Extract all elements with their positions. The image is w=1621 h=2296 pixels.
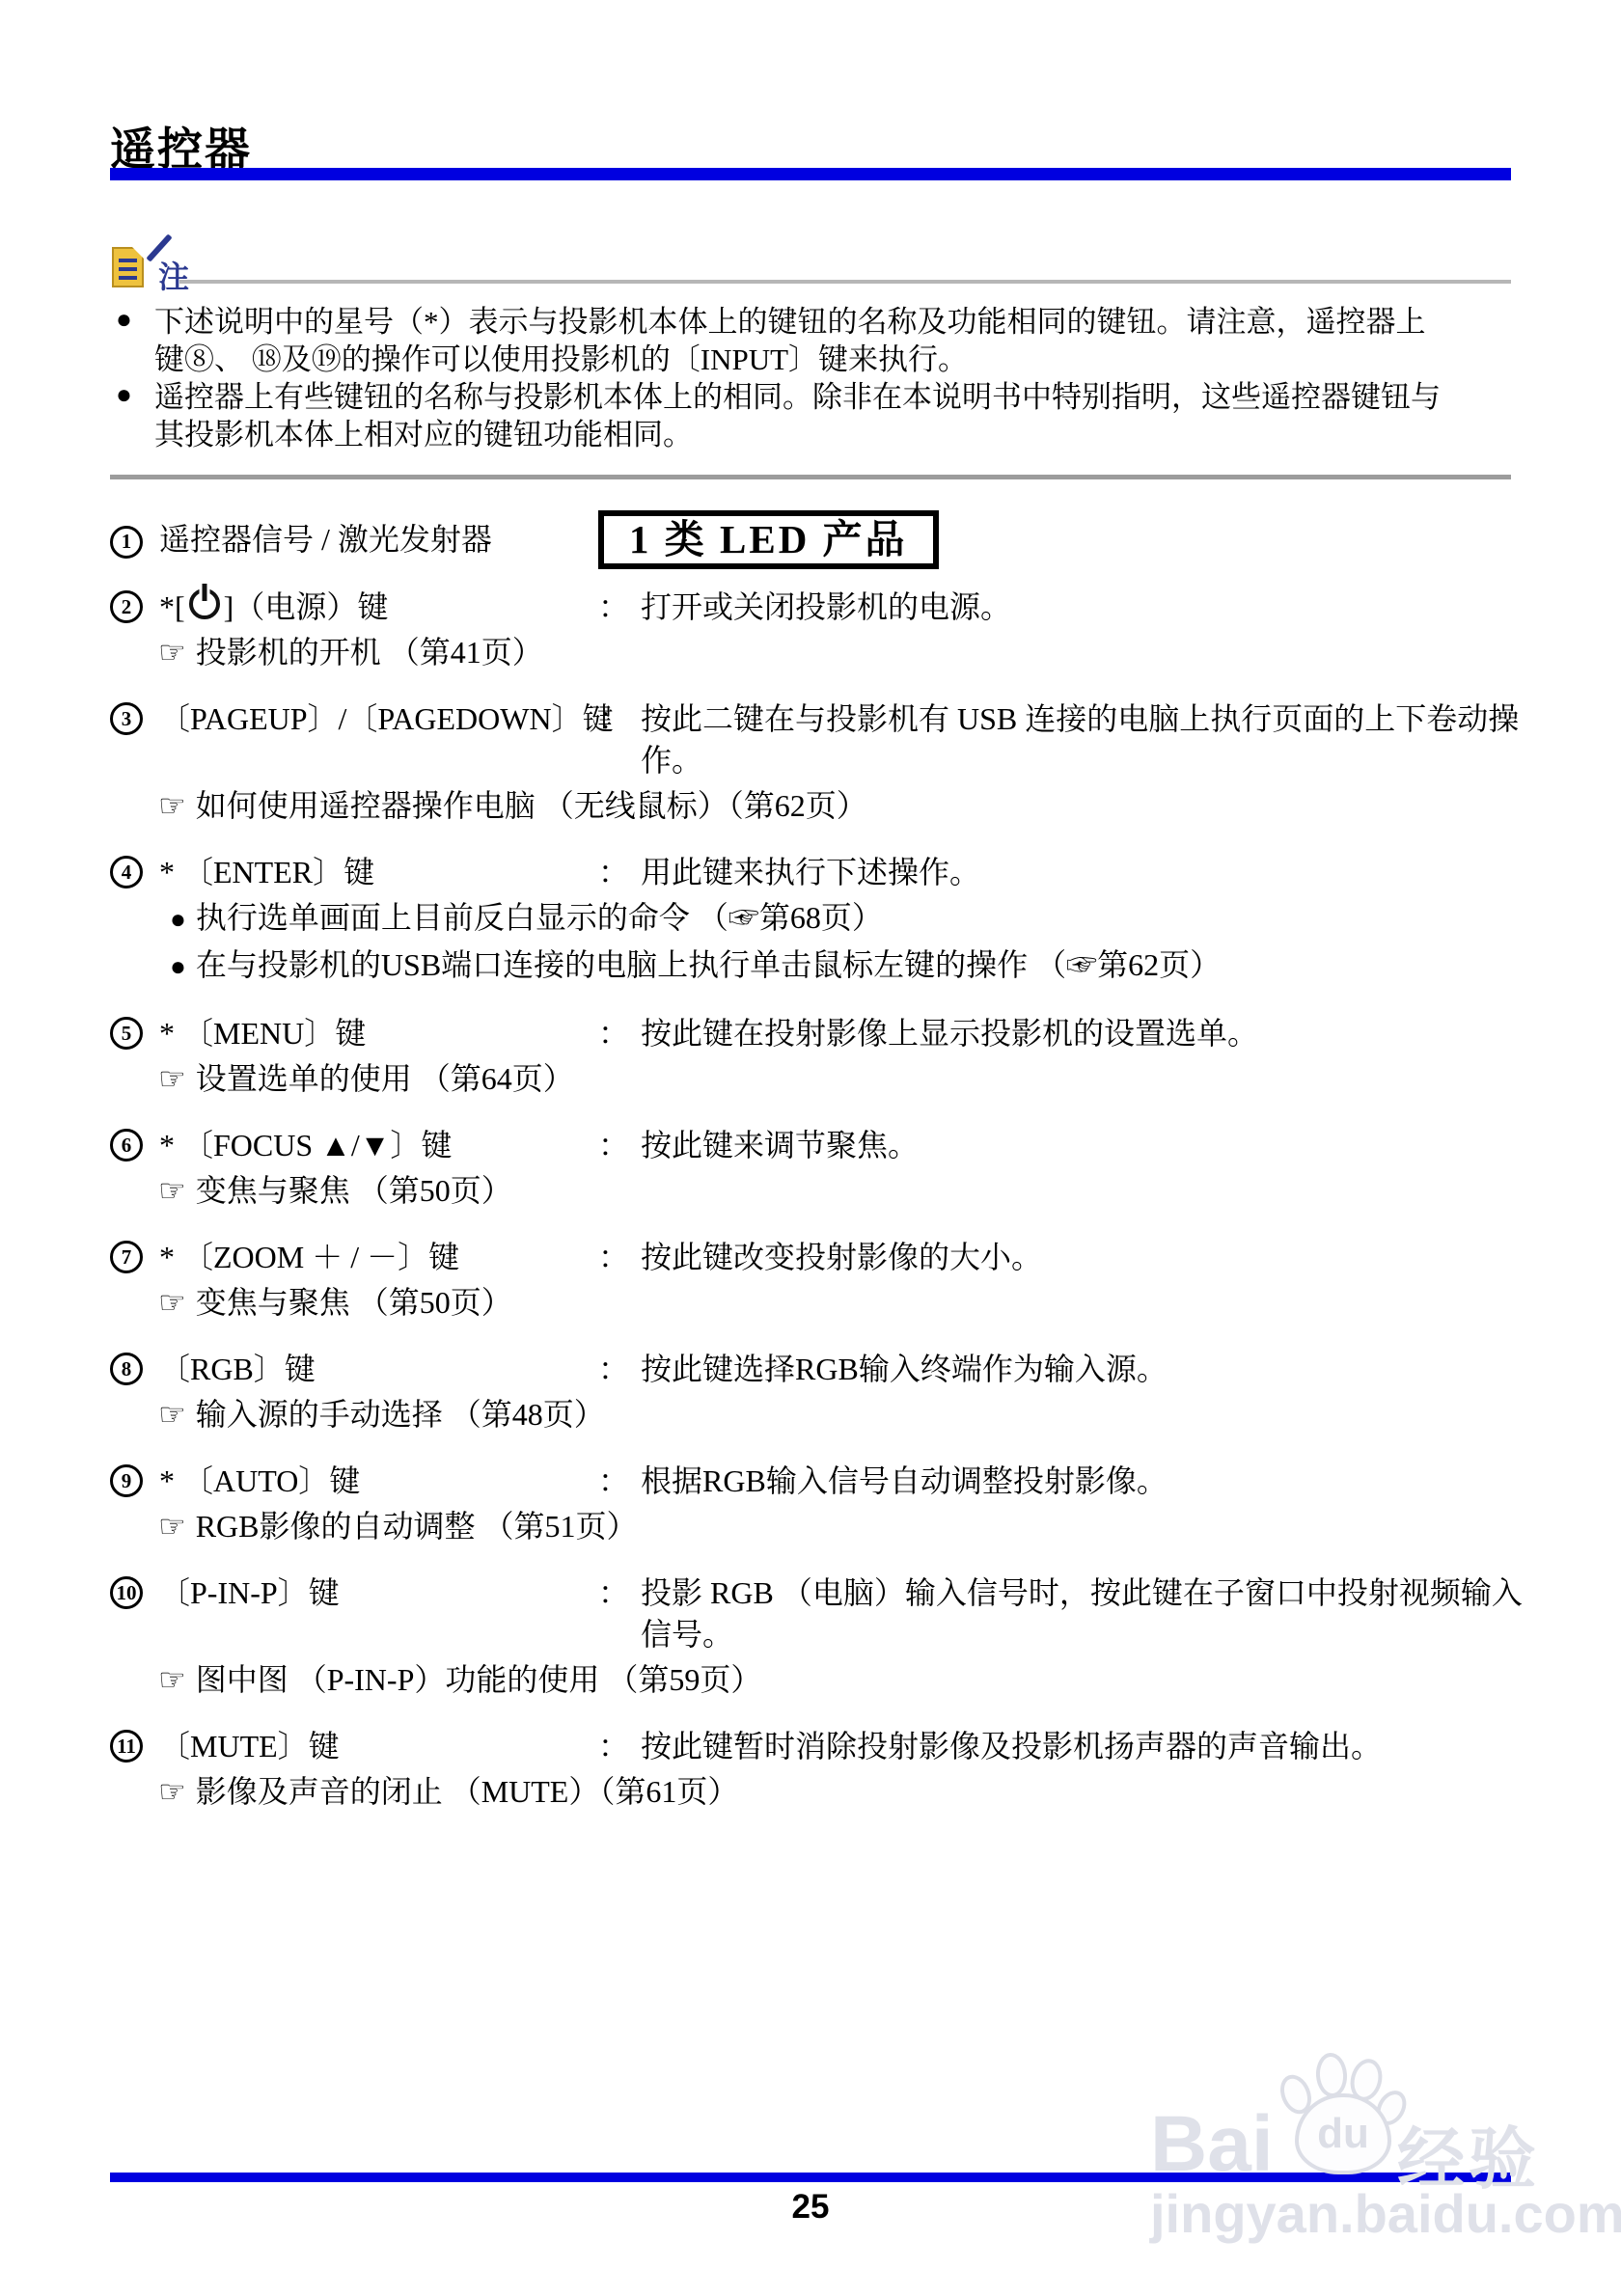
key-name-text: 〔MUTE〕键: [159, 1729, 340, 1763]
led-class-badge: 1 类 LED 产品: [598, 510, 939, 569]
key-description: ：根据RGB输入信号自动调整投射影像。: [598, 1461, 1511, 1502]
remote-key-item: 2*[]（电源）键：打开或关闭投影机的电源。☞投影机的开机 （第41页）: [110, 587, 1511, 673]
note-icon-text-line: [119, 276, 137, 280]
description-text: 按此键改变投射影像的大小。: [641, 1240, 1042, 1274]
colon-separator: ：: [598, 701, 629, 736]
key-description: ：用此键来执行下述操作。: [598, 852, 1511, 893]
page-reference: ☞变焦与聚焦 （第50页）: [110, 1282, 1511, 1324]
pointing-hand-icon: ☞: [158, 635, 186, 670]
key-description: ：打开或关闭投影机的电源。: [598, 587, 1511, 628]
note-line-text: 遥控器上有些键钮的名称与投影机本体上的相同。除非在本说明书中特别指明，这些遥控器…: [154, 378, 1511, 416]
pointing-hand-icon: ☞: [158, 1061, 186, 1096]
key-description: ：投影 RGB （电脑）输入信号时，按此键在子窗口中投射视频输入信号。: [598, 1572, 1523, 1655]
note-icon-page: [112, 247, 144, 287]
key-name-text: 〔RGB〕键: [159, 1352, 316, 1386]
sub-function-item: ●执行选单画面上目前反白显示的命令 （☞第68页）: [110, 897, 1511, 941]
pointing-hand-icon: ☞: [158, 1662, 186, 1697]
description-line: 信号。: [598, 1614, 1523, 1655]
key-name-text: ]（电源）键: [224, 589, 389, 624]
key-name: * 〔ENTER〕键: [159, 852, 598, 893]
item-number-badge: 1: [110, 526, 143, 559]
key-description: ：按此键选择RGB输入终端作为输入源。: [598, 1349, 1511, 1390]
page-reference: ☞投影机的开机 （第41页）: [110, 632, 1511, 673]
description-text: 投影 RGB （电脑）输入信号时，按此键在子窗口中投射视频输入: [641, 1575, 1523, 1610]
description-text: 按此键来调节聚焦。: [641, 1128, 919, 1162]
description-text: 按此键选择RGB输入终端作为输入源。: [641, 1352, 1168, 1386]
description-line: ：打开或关闭投影机的电源。: [598, 587, 1511, 628]
key-name-text: 〔P-IN-P〕键: [159, 1575, 340, 1610]
description-line: ：投影 RGB （电脑）输入信号时，按此键在子窗口中投射视频输入: [598, 1572, 1523, 1614]
key-name-text: * 〔MENU〕键: [159, 1016, 366, 1051]
pointing-hand-icon: ☞: [158, 1285, 186, 1320]
key-name: 〔PAGEUP〕/〔PAGEDOWN〕键: [159, 698, 598, 740]
key-row: 1遥控器信号 / 激光发射器1 类 LED 产品: [110, 510, 1511, 569]
description-text: 打开或关闭投影机的电源。: [641, 589, 1011, 624]
pointing-hand-icon: ☞: [158, 1397, 186, 1432]
sub-function-text: 在与投影机的USB端口连接的电脑上执行单击鼠标左键的操作 （☞第62页）: [196, 947, 1221, 982]
page-reference: ☞变焦与聚焦 （第50页）: [110, 1170, 1511, 1212]
description-text: 用此键来执行下述操作。: [641, 855, 980, 889]
description-text: 作。: [641, 743, 702, 778]
remote-key-item: 1遥控器信号 / 激光发射器1 类 LED 产品: [110, 510, 1511, 569]
description-line: ：按此键改变投射影像的大小。: [598, 1237, 1511, 1278]
item-number-badge: 6: [110, 1129, 143, 1162]
page-reference: ☞图中图 （P-IN-P）功能的使用 （第59页）: [110, 1659, 1511, 1701]
pointing-hand-icon: ☞: [158, 1509, 186, 1544]
key-name: * 〔AUTO〕键: [159, 1461, 598, 1502]
key-name-text: 遥控器信号 / 激光发射器: [159, 522, 492, 557]
description-text: 按此二键在与投影机有 USB 连接的电脑上执行页面的上下卷动操: [641, 701, 1519, 736]
page-reference: ☞如何使用遥控器操作电脑 （无线鼠标）（第62页）: [110, 785, 1511, 827]
description-line: ：按此键暂时消除投射影像及投影机扬声器的声音输出。: [598, 1726, 1511, 1767]
reference-text: 投影机的开机 （第41页）: [196, 635, 543, 670]
colon-separator: ：: [598, 1729, 629, 1763]
key-description: ：按此键暂时消除投射影像及投影机扬声器的声音输出。: [598, 1726, 1511, 1767]
note-item: ●下述说明中的星号（*）表示与投影机本体上的键钮的名称及功能相同的键钮。请注意，…: [110, 303, 1511, 378]
sub-function-text: 执行选单画面上目前反白显示的命令 （☞第68页）: [196, 900, 883, 935]
key-row: 2*[]（电源）键：打开或关闭投影机的电源。: [110, 587, 1511, 628]
paw-toe: [1346, 2056, 1387, 2104]
power-icon: [189, 588, 220, 619]
key-name: 〔RGB〕键: [159, 1349, 598, 1390]
key-name-text: * 〔FOCUS ▲/▼〕键: [159, 1128, 452, 1162]
reference-text: 设置选单的使用 （第64页）: [196, 1061, 574, 1096]
item-number-badge: 9: [110, 1464, 143, 1497]
description-text: 根据RGB输入信号自动调整投射影像。: [641, 1463, 1168, 1498]
manual-page: 遥控器 注 ●下述说明中的星号（*）表示与投影机本体上的键钮的名称及功能相同的键…: [0, 0, 1621, 2296]
key-name: 〔MUTE〕键: [159, 1726, 598, 1767]
reference-text: 影像及声音的闭止 （MUTE）（第61页）: [196, 1774, 739, 1809]
paw-pad: du: [1295, 2093, 1391, 2174]
item-number-badge: 3: [110, 702, 143, 735]
description-line: ：用此键来执行下述操作。: [598, 852, 1511, 893]
remote-key-item: 11〔MUTE〕键：按此键暂时消除投射影像及投影机扬声器的声音输出。☞影像及声音…: [110, 1726, 1511, 1813]
pointing-hand-icon: ☞: [158, 1774, 186, 1809]
note-icon: [112, 241, 158, 289]
key-name: 遥控器信号 / 激光发射器: [159, 519, 598, 560]
reference-text: 变焦与聚焦 （第50页）: [196, 1173, 512, 1208]
key-row: 4* 〔ENTER〕键：用此键来执行下述操作。: [110, 852, 1511, 893]
item-number-badge: 2: [110, 590, 143, 623]
item-number-badge: 5: [110, 1017, 143, 1050]
bullet-icon: ●: [170, 905, 186, 935]
remote-key-item: 6* 〔FOCUS ▲/▼〕键：按此键来调节聚焦。☞变焦与聚焦 （第50页）: [110, 1125, 1511, 1212]
key-description: ：按此键在投射影像上显示投影机的设置选单。: [598, 1013, 1511, 1054]
description-text: 按此键暂时消除投射影像及投影机扬声器的声音输出。: [641, 1729, 1382, 1763]
remote-key-item: 7* 〔ZOOM ＋ / －〕键：按此键改变投射影像的大小。☞变焦与聚焦 （第5…: [110, 1237, 1511, 1324]
note-label: 注: [158, 253, 189, 297]
page-content: ●下述说明中的星号（*）表示与投影机本体上的键钮的名称及功能相同的键钮。请注意，…: [110, 303, 1511, 1838]
note-line-text: 下述说明中的星号（*）表示与投影机本体上的键钮的名称及功能相同的键钮。请注意，遥…: [154, 303, 1511, 341]
key-name: *[]（电源）键: [159, 587, 598, 628]
item-number-badge: 7: [110, 1241, 143, 1273]
page-reference: ☞设置选单的使用 （第64页）: [110, 1058, 1511, 1100]
key-description: ：按此键来调节聚焦。: [598, 1125, 1511, 1166]
paw-toe: [1314, 2052, 1348, 2098]
description-line: ：根据RGB输入信号自动调整投射影像。: [598, 1461, 1511, 1502]
item-number-badge: 11: [110, 1730, 143, 1763]
colon-separator: ：: [598, 1128, 629, 1162]
note-icon-text-line: [119, 267, 137, 271]
key-description: ：按此键改变投射影像的大小。: [598, 1237, 1511, 1278]
note-icon-text-line: [119, 259, 137, 262]
key-row: 7* 〔ZOOM ＋ / －〕键：按此键改变投射影像的大小。: [110, 1237, 1511, 1278]
header-rule: [110, 168, 1511, 180]
reference-text: 变焦与聚焦 （第50页）: [196, 1285, 512, 1320]
item-number-badge: 4: [110, 856, 143, 888]
key-name-text: *[: [159, 589, 185, 624]
key-description: 1 类 LED 产品: [598, 510, 1511, 569]
description-line: ：按此键选择RGB输入终端作为输入源。: [598, 1349, 1511, 1390]
description-text: 按此键在投射影像上显示投影机的设置选单。: [641, 1016, 1258, 1051]
paw-toe: [1370, 2086, 1412, 2131]
key-row: 3〔PAGEUP〕/〔PAGEDOWN〕键：按此二键在与投影机有 USB 连接的…: [110, 698, 1511, 781]
page-reference: ☞RGB影像的自动调整 （第51页）: [110, 1506, 1511, 1547]
bullet-icon: ●: [170, 952, 186, 982]
colon-separator: ：: [598, 1463, 629, 1498]
colon-separator: ：: [598, 1016, 629, 1051]
bullet-icon: ●: [116, 301, 132, 339]
note-line-text: 键⑧、 ⑱及⑲的操作可以使用投影机的〔INPUT〕键来执行。: [154, 341, 1511, 378]
item-number-badge: 10: [110, 1576, 143, 1609]
bullet-icon: ●: [116, 376, 132, 414]
remote-key-item: 5* 〔MENU〕键：按此键在投射影像上显示投影机的设置选单。☞设置选单的使用 …: [110, 1013, 1511, 1100]
page-number: 25: [110, 2188, 1511, 2227]
key-row: 9* 〔AUTO〕键：根据RGB输入信号自动调整投射影像。: [110, 1461, 1511, 1502]
watermark-du-text: du: [1317, 2110, 1369, 2158]
key-row: 11〔MUTE〕键：按此键暂时消除投射影像及投影机扬声器的声音输出。: [110, 1726, 1511, 1767]
key-row: 5* 〔MENU〕键：按此键在投射影像上显示投影机的设置选单。: [110, 1013, 1511, 1054]
pointing-hand-icon: ☞: [158, 1173, 186, 1208]
description-line: ：按此二键在与投影机有 USB 连接的电脑上执行页面的上下卷动操: [598, 698, 1519, 740]
note-rule: [179, 280, 1511, 284]
remote-key-item: 10〔P-IN-P〕键：投影 RGB （电脑）输入信号时，按此键在子窗口中投射视…: [110, 1572, 1511, 1701]
remote-key-item: 3〔PAGEUP〕/〔PAGEDOWN〕键：按此二键在与投影机有 USB 连接的…: [110, 698, 1511, 827]
paw-toe: [1275, 2070, 1317, 2118]
note-line-text: 其投影机本体上相对应的键钮功能相同。: [154, 416, 1511, 453]
description-line: ：按此键在投射影像上显示投影机的设置选单。: [598, 1013, 1511, 1054]
pointing-hand-icon: ☞: [158, 788, 186, 823]
remote-key-item: 8〔RGB〕键：按此键选择RGB输入终端作为输入源。☞输入源的手动选择 （第48…: [110, 1349, 1511, 1435]
key-name-text: * 〔AUTO〕键: [159, 1463, 360, 1498]
note-header: 注: [110, 235, 1511, 293]
sub-function-item: ●在与投影机的USB端口连接的电脑上执行单击鼠标左键的操作 （☞第62页）: [110, 944, 1511, 988]
footer-rule: [110, 2173, 1511, 2182]
page-reference: ☞输入源的手动选择 （第48页）: [110, 1394, 1511, 1435]
reference-text: 图中图 （P-IN-P）功能的使用 （第59页）: [196, 1662, 762, 1697]
key-name-text: * 〔ZOOM ＋ / －〕键: [159, 1240, 459, 1274]
reference-text: 输入源的手动选择 （第48页）: [196, 1397, 605, 1432]
description-line: ：按此键来调节聚焦。: [598, 1125, 1511, 1166]
description-line: 作。: [598, 740, 1519, 781]
colon-separator: ：: [598, 1352, 629, 1386]
key-name: 〔P-IN-P〕键: [159, 1572, 598, 1614]
reference-text: RGB影像的自动调整 （第51页）: [196, 1509, 638, 1544]
key-name-text: 〔PAGEUP〕/〔PAGEDOWN〕键: [159, 701, 614, 736]
reference-text: 如何使用遥控器操作电脑 （无线鼠标）（第62页）: [196, 788, 867, 823]
key-row: 6* 〔FOCUS ▲/▼〕键：按此键来调节聚焦。: [110, 1125, 1511, 1166]
baidu-paw-icon: du: [1279, 2045, 1405, 2180]
description-text: 信号。: [641, 1617, 733, 1652]
key-row: 8〔RGB〕键：按此键选择RGB输入终端作为输入源。: [110, 1349, 1511, 1390]
colon-separator: ：: [598, 1575, 629, 1610]
colon-separator: ：: [598, 589, 629, 624]
item-number-badge: 8: [110, 1353, 143, 1385]
remote-key-item: 9* 〔AUTO〕键：根据RGB输入信号自动调整投射影像。☞RGB影像的自动调整…: [110, 1461, 1511, 1547]
remote-key-list: 1遥控器信号 / 激光发射器1 类 LED 产品2*[]（电源）键：打开或关闭投…: [110, 510, 1511, 1813]
page-reference: ☞影像及声音的闭止 （MUTE）（第61页）: [110, 1771, 1511, 1813]
note-icon-fold: [132, 247, 144, 259]
remote-key-item: 4* 〔ENTER〕键：用此键来执行下述操作。●执行选单画面上目前反白显示的命令…: [110, 852, 1511, 988]
key-name: * 〔MENU〕键: [159, 1013, 598, 1054]
note-item: ●遥控器上有些键钮的名称与投影机本体上的相同。除非在本说明书中特别指明，这些遥控…: [110, 378, 1511, 453]
colon-separator: ：: [598, 1240, 629, 1274]
colon-separator: ：: [598, 855, 629, 889]
key-description: ：按此二键在与投影机有 USB 连接的电脑上执行页面的上下卷动操作。: [598, 698, 1519, 781]
notes-list: ●下述说明中的星号（*）表示与投影机本体上的键钮的名称及功能相同的键钮。请注意，…: [110, 303, 1511, 453]
section-divider: [110, 475, 1511, 479]
key-name: * 〔FOCUS ▲/▼〕键: [159, 1125, 598, 1166]
key-name: * 〔ZOOM ＋ / －〕键: [159, 1237, 598, 1278]
key-row: 10〔P-IN-P〕键：投影 RGB （电脑）输入信号时，按此键在子窗口中投射视…: [110, 1572, 1511, 1655]
key-name-text: * 〔ENTER〕键: [159, 855, 374, 889]
